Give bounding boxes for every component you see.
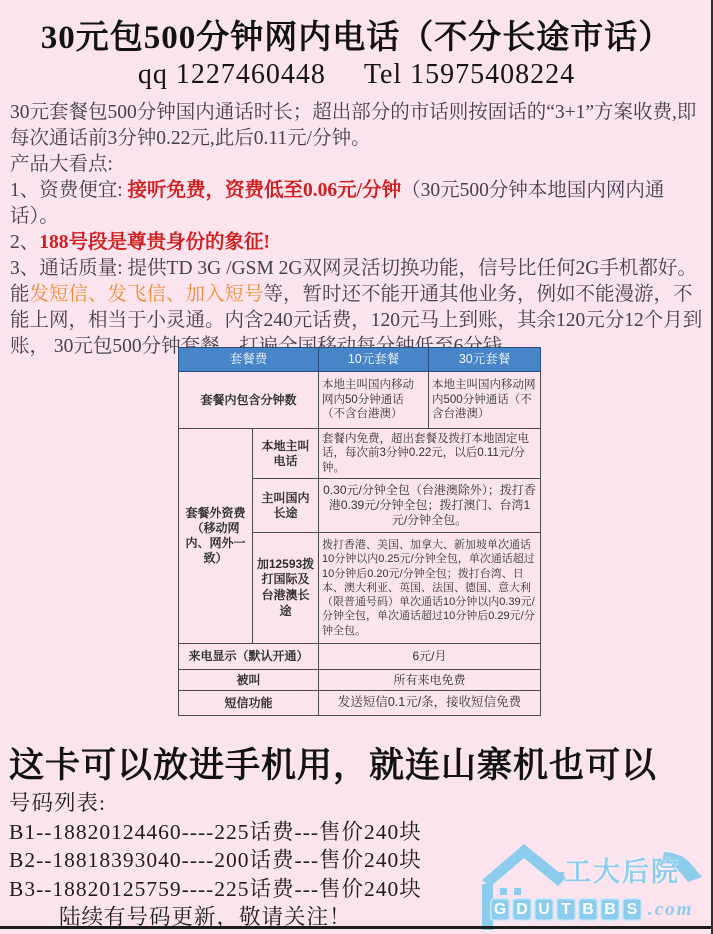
header-fee-cell: 套餐费 xyxy=(179,348,319,372)
list-item: B3--18820125759----225话费---售价240块 xyxy=(9,875,422,904)
logo-site-url: GDUTBBS.com xyxy=(490,898,693,921)
included-minutes-plan10: 本地主叫国内移动网内50分钟通话（不含台港澳） xyxy=(319,372,429,429)
tel-number: Tel 15975408224 xyxy=(364,59,575,90)
caller-id-fee: 6元/月 xyxy=(319,644,541,670)
number-list-title: 号码列表: xyxy=(9,789,422,818)
contact-line: qq 1227460448Tel 15975408224 xyxy=(0,59,713,91)
incoming-call-label: 被叫 xyxy=(179,670,319,691)
header-plan30-cell: 30元套餐 xyxy=(429,348,541,372)
feature-item-2: 2、188号段是尊贵身份的象征! xyxy=(10,230,705,256)
feature-item-2-highlight: 188号段是尊贵身份的象征! xyxy=(39,232,270,253)
table-row: 来电显示（默认开通） 6元/月 xyxy=(179,644,541,670)
domestic-long-distance-rate: 0.30元/分钟全包（台港澳除外）；拨打香港0.39元/分钟全包；拨打澳门、台湾… xyxy=(319,479,541,533)
local-call-label: 本地主叫电话 xyxy=(253,429,319,479)
intro-paragraph-3-highlight: 发短信、发飞信、加入短号 xyxy=(30,284,264,305)
sms-function-fee: 发送短信0.1元/条，接收短信免费 xyxy=(319,691,541,716)
incoming-call-fee: 所有来电免费 xyxy=(319,670,541,691)
included-minutes-plan30: 本地主叫国内移动网内500分钟通话（不含台港澳） xyxy=(429,372,541,429)
feature-item-2-prefix: 2、 xyxy=(10,232,39,253)
international-call-rate: 拨打香港、美国、加拿大、新加坡单次通话10分钟以内0.25元/分钟全包，单次通话… xyxy=(319,533,541,644)
feature-item-3-text: 3、通话质量: 提供TD 3G /GSM 2G双网灵活切换功能，信号比任何2G手… xyxy=(10,258,697,279)
caller-id-label: 来电显示（默认开通） xyxy=(179,644,319,670)
feature-item-1-prefix: 1、资费便宜: xyxy=(10,180,128,201)
logo-letter-tile: S xyxy=(622,898,642,921)
intro-paragraph-2: 产品大看点: xyxy=(10,152,705,178)
flyer-page: 30元包500分钟网内电话（不分长途市话） qq 1227460448Tel 1… xyxy=(0,0,713,934)
logo-letter-tile: U xyxy=(534,898,554,921)
list-item: B2--18818393040----200话费---售价240块 xyxy=(9,846,422,875)
feature-item-1: 1、资费便宜: 接听免费，资费低至0.06元/分钟（30元500分钟本地国内网内… xyxy=(10,178,705,230)
number-list: 号码列表: B1--18820124460----225话费---售价240块 … xyxy=(9,789,422,932)
table-row: 套餐内包含分钟数 本地主叫国内移动网内50分钟通话（不含台港澳） 本地主叫国内移… xyxy=(179,372,541,429)
feature-item-3: 3、通话质量: 提供TD 3G /GSM 2G双网灵活切换功能，信号比任何2G手… xyxy=(10,256,705,282)
gdutbbs-watermark: 工大后院 GDUTBBS.com xyxy=(468,836,710,932)
qq-number: qq 1227460448 xyxy=(138,59,326,90)
logo-letter-tile: G xyxy=(490,898,510,921)
table-row: 短信功能 发送短信0.1元/条，接收短信免费 xyxy=(179,691,541,716)
international-call-label: 加12593拨打国际及台港澳长途 xyxy=(253,533,319,644)
table-header-row: 套餐费 10元套餐 30元套餐 xyxy=(179,348,541,372)
table-row: 被叫 所有来电免费 xyxy=(179,670,541,691)
included-minutes-label: 套餐内包含分钟数 xyxy=(179,372,319,429)
logo-letter-tile: D xyxy=(512,898,532,921)
logo-letter-tile: B xyxy=(600,898,620,921)
logo-tld: .com xyxy=(648,899,693,921)
page-title: 30元包500分钟网内电话（不分长途市话） xyxy=(0,11,713,58)
domestic-long-distance-label: 主叫国内长途 xyxy=(253,479,319,533)
header-plan10-cell: 10元套餐 xyxy=(319,348,429,372)
feature-item-1-highlight: 接听免费，资费低至0.06元/分钟 xyxy=(128,180,402,201)
logo-letter-tile: T xyxy=(556,898,576,921)
sms-function-label: 短信功能 xyxy=(179,691,319,716)
logo-site-name: 工大后院 xyxy=(564,850,680,889)
footer-headline: 这卡可以放进手机用，就连山寨机也可以 xyxy=(9,738,657,788)
logo-letter-tile: B xyxy=(578,898,598,921)
intro-paragraph-1-text: 30元套餐包500分钟国内通话时长；超出部分的市话则按固话的“3+1”方案收费,… xyxy=(10,102,696,149)
out-of-plan-group-label: 套餐外资费（移动网内、网外一致） xyxy=(179,429,253,644)
scan-edge-bottom xyxy=(0,926,713,929)
intro-text: 30元套餐包500分钟国内通话时长；超出部分的市话则按固话的“3+1”方案收费,… xyxy=(10,100,705,360)
list-item: B1--18820124460----225话费---售价240块 xyxy=(9,818,422,847)
intro-paragraph-3-prefix: 能 xyxy=(10,284,30,305)
table-row: 套餐外资费（移动网内、网外一致） 本地主叫电话 套餐内免费，超出套餐及拨打本地固… xyxy=(179,429,541,479)
intro-paragraph-1: 30元套餐包500分钟国内通话时长；超出部分的市话则按固话的“3+1”方案收费,… xyxy=(10,100,705,152)
local-call-rate: 套餐内免费，超出套餐及拨打本地固定电话，每次前3分钟0.22元，以后0.11元/… xyxy=(319,429,541,479)
intro-paragraph-2-text: 产品大看点: xyxy=(10,154,113,175)
plan-comparison-table: 套餐费 10元套餐 30元套餐 套餐内包含分钟数 本地主叫国内移动网内50分钟通… xyxy=(178,347,541,716)
